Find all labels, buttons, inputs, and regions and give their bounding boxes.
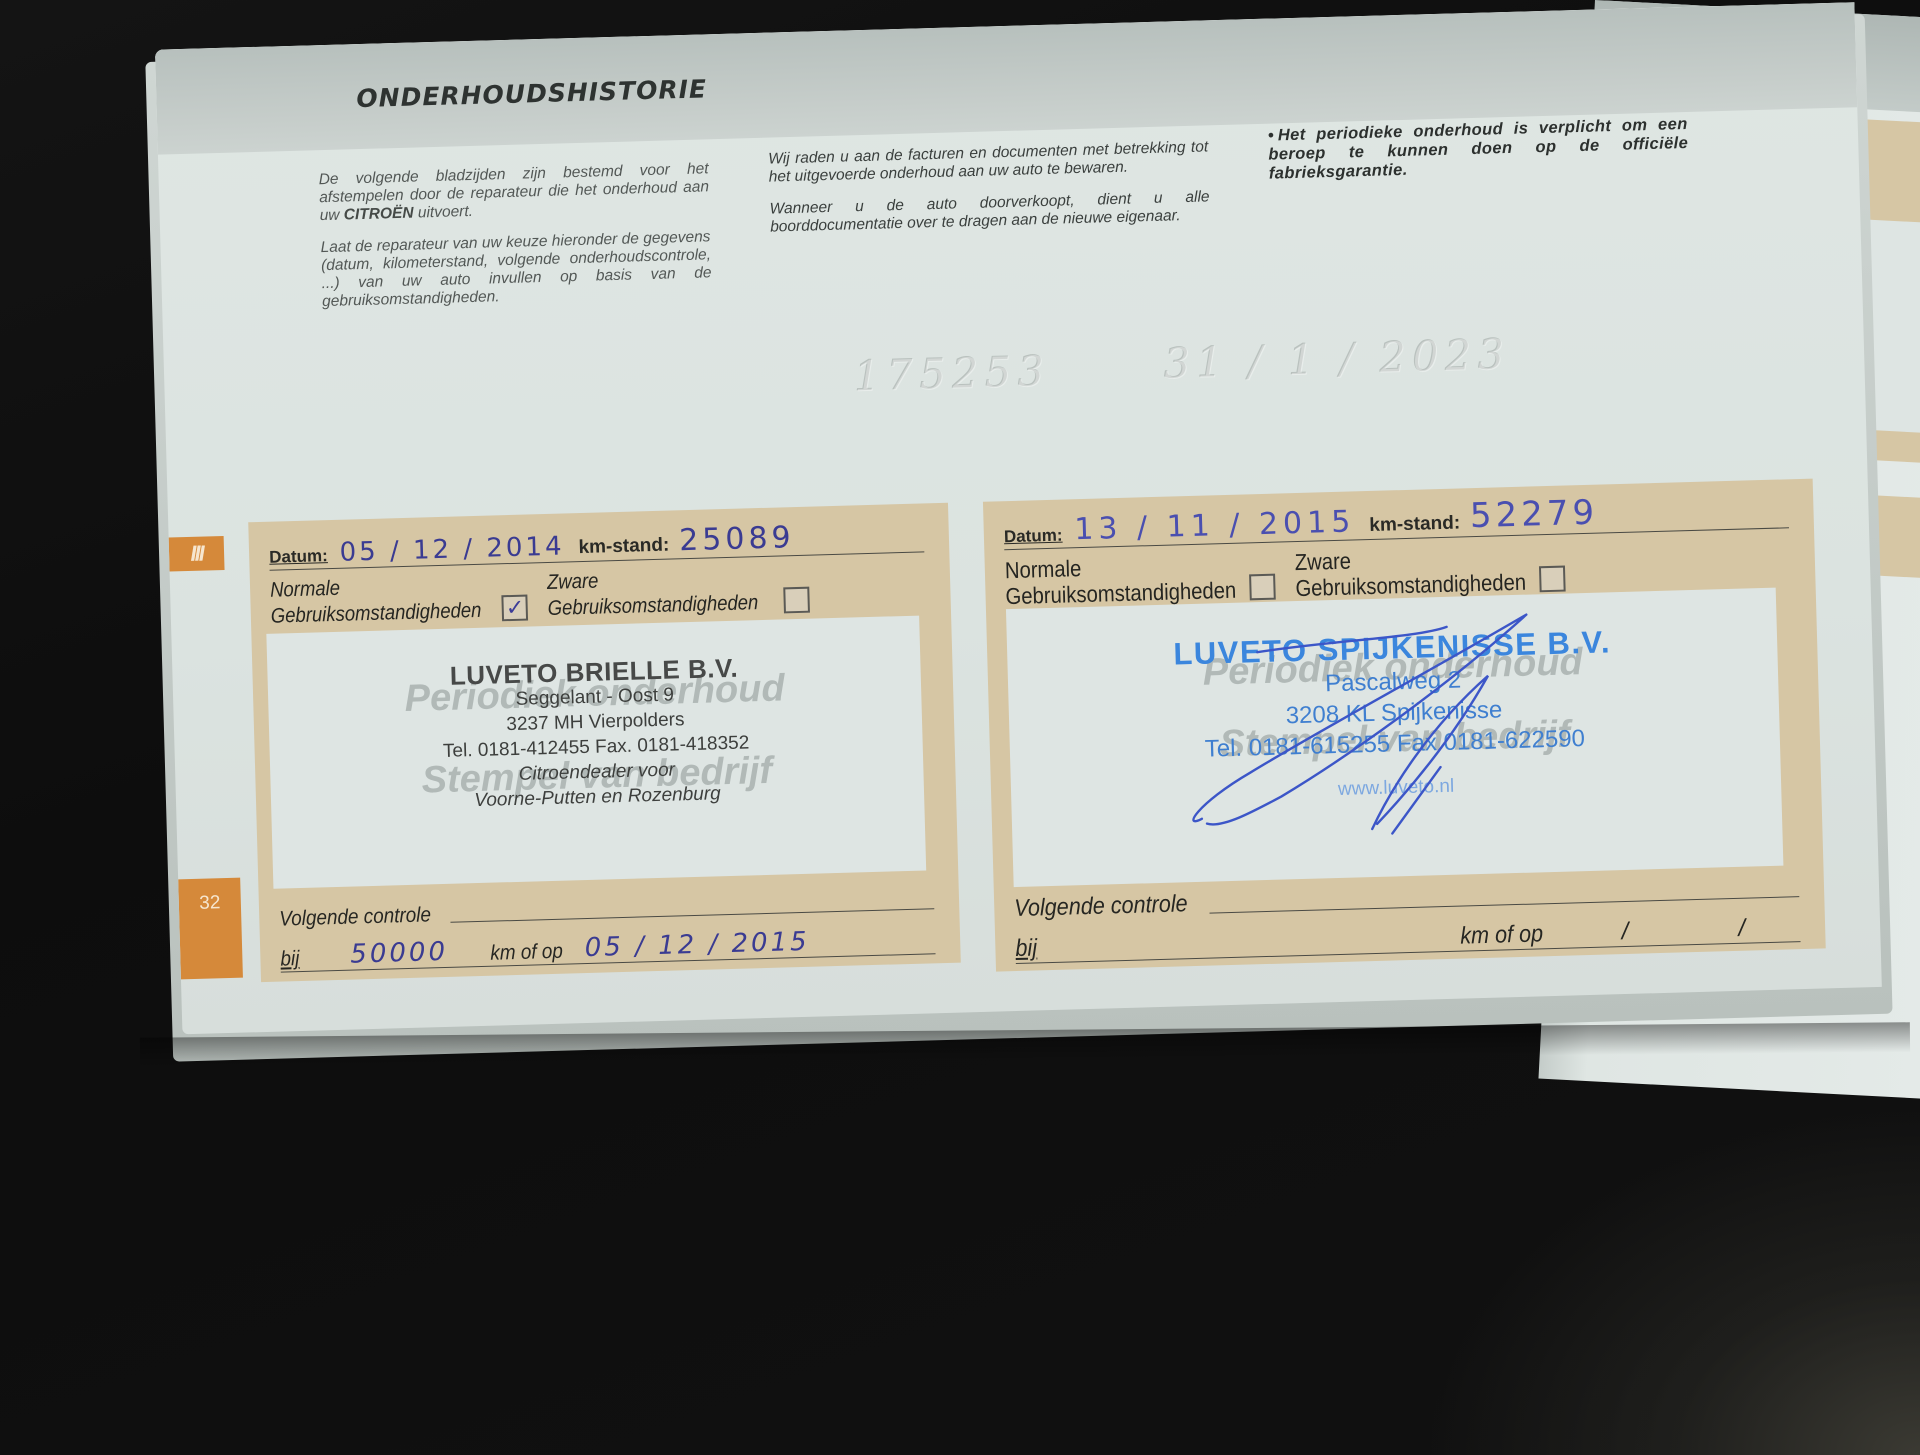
datum-value[interactable]: 05 / 12 / 2014	[339, 531, 565, 567]
date-separator: /	[1566, 916, 1684, 947]
section-tab: III	[169, 536, 225, 572]
km-of-op-label: km of op	[490, 940, 563, 966]
km-stand-value[interactable]: 52279	[1469, 493, 1598, 537]
km-of-op-label: km of op	[1460, 920, 1544, 950]
datum-label: Datum:	[269, 546, 328, 570]
stamp-area: Periodiek onderhoud Stempel van bedrijf …	[266, 616, 926, 889]
next-date-value[interactable]: 05 / 12 / 2015	[584, 927, 810, 963]
heavy-usage-option: Zware Gebruiksomstandigheden	[547, 563, 810, 622]
signature-scribble	[1156, 603, 1582, 845]
datum-label: Datum:	[1004, 526, 1063, 550]
intro-paragraph: Wij raden u aan de facturen en documente…	[768, 138, 1209, 186]
intro-paragraph: De volgende bladzijden zijn bestemd voor…	[318, 160, 709, 225]
bij-label: bij	[1015, 934, 1060, 963]
heavy-usage-label: Zware Gebruiksomstandigheden	[547, 564, 759, 622]
km-stand-value[interactable]: 25089	[679, 520, 795, 558]
next-km-value[interactable]: 50000	[350, 936, 471, 969]
km-stand-label: km-stand:	[578, 535, 669, 562]
heavy-usage-label: Zware Gebruiksomstandigheden	[1294, 543, 1526, 601]
next-service-row: Volgende controle bij km of op / /	[1014, 871, 1801, 964]
date-separator: /	[1683, 913, 1801, 944]
dealer-stamp: LUVETO BRIELLE B.V. Seggelant - Oost 9 3…	[267, 651, 924, 819]
normal-usage-checkbox[interactable]: ✓	[502, 595, 529, 622]
intro-paragraph: Laat de reparateur van uw keuze hieronde…	[320, 228, 712, 311]
intro-column-1: De volgende bladzijden zijn bestemd voor…	[318, 160, 712, 325]
normal-usage-line2: Gebruiksomstandigheden	[271, 598, 482, 630]
service-booklet: ONDERHOUDSHISTORIE De volgende bladzijde…	[145, 0, 1920, 1060]
km-stand-label: km-stand:	[1369, 512, 1460, 539]
warranty-note-text: Het periodieke onderhoud is verplicht om…	[1268, 115, 1688, 183]
intro-column-2: Wij raden u aan de facturen en documente…	[768, 138, 1211, 250]
embossed-date: 31 / 1 / 2023	[1163, 330, 1511, 389]
normal-usage-option: Normale Gebruiksomstandigheden	[1004, 550, 1275, 610]
warranty-note: •Het periodieke onderhoud is verplicht o…	[1268, 115, 1689, 184]
heavy-usage-line2: Gebruiksomstandigheden	[548, 590, 759, 622]
bij-label: bij	[280, 946, 326, 971]
normal-usage-option: Normale Gebruiksomstandigheden ✓	[270, 571, 529, 630]
heavy-usage-checkbox[interactable]	[1539, 566, 1566, 593]
service-entry-2: Datum: 13 / 11 / 2015 km-stand: 52279 No…	[983, 479, 1826, 972]
datum-value[interactable]: 13 / 11 / 2015	[1074, 504, 1356, 547]
volgende-controle-label: Volgende controle	[1014, 890, 1188, 923]
next-km-value[interactable]	[1084, 958, 1201, 961]
heavy-usage-checkbox[interactable]	[783, 587, 810, 614]
volgende-controle-label: Volgende controle	[279, 903, 431, 931]
normal-usage-label: Normale Gebruiksomstandigheden	[270, 572, 482, 630]
intro-column-3: •Het periodieke onderhoud is verplicht o…	[1268, 115, 1690, 198]
normal-usage-checkbox[interactable]	[1249, 574, 1276, 601]
normal-usage-label: Normale Gebruiksomstandigheden	[1004, 551, 1236, 609]
page-number-tab: 32	[178, 878, 243, 980]
bullet-icon: •	[1268, 126, 1279, 145]
brand-name: CITROËN	[344, 205, 414, 224]
service-entry-1: Datum: 05 / 12 / 2014 km-stand: 25089 No…	[248, 503, 961, 982]
booklet-page: ONDERHOUDSHISTORIE De volgende bladzijde…	[155, 2, 1882, 1034]
embossed-mileage: 175253	[854, 347, 1052, 401]
heavy-usage-option: Zware Gebruiksomstandigheden	[1294, 542, 1565, 602]
next-service-row: Volgende controle bij 50000 km of op 05 …	[279, 883, 936, 972]
intro-text: uitvoert.	[413, 203, 473, 222]
stamp-area: Periodiek onderhoud Stempel van bedrijf …	[1006, 588, 1783, 887]
intro-paragraph: Wanneer u de auto doorverkoopt, dient u …	[769, 188, 1210, 236]
